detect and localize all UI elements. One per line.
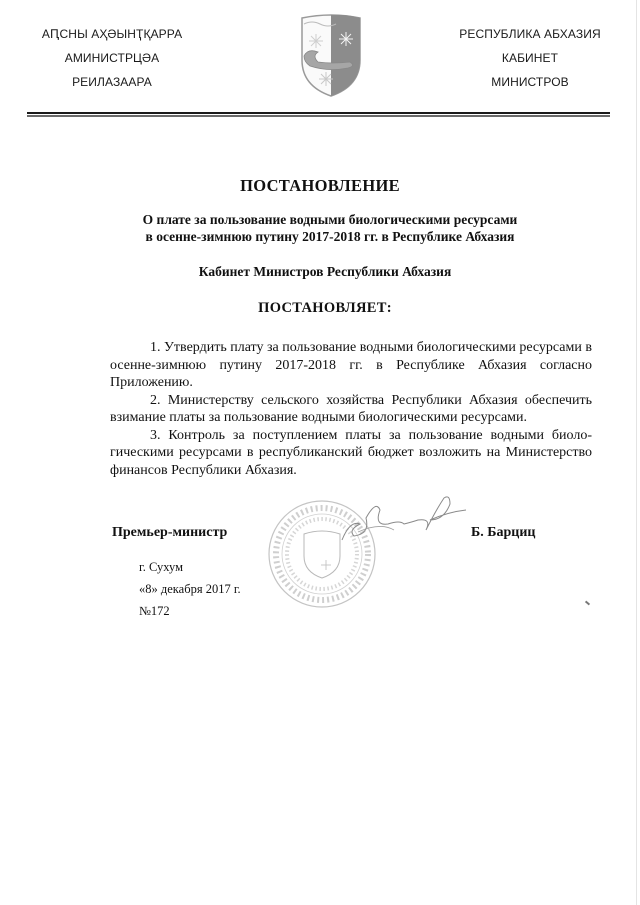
signatory-name: Б. Барциц bbox=[471, 525, 536, 541]
header-abkhaz-line-2: АМИНИСТРЦӘА bbox=[22, 46, 202, 70]
header-russian: РЕСПУБЛИКА АБХАЗИЯ КАБИНЕТ МИНИСТРОВ bbox=[440, 22, 620, 94]
signatory-title: Премьер-министр bbox=[112, 525, 227, 541]
header-abkhaz: АԤСНЫ АҲӘЫНҬҚАРРА АМИНИСТРЦӘА РЕИЛАЗААРА bbox=[22, 22, 202, 94]
place-of-issue: г. Сухум bbox=[139, 560, 183, 575]
header-russian-line-2: КАБИНЕТ bbox=[440, 46, 620, 70]
header-abkhaz-line-3: РЕИЛАЗААРА bbox=[22, 70, 202, 94]
document-subject: О плате за пользование водными биологиче… bbox=[60, 211, 600, 245]
header-russian-line-3: МИНИСТРОВ bbox=[440, 70, 620, 94]
resolution-item-2: 2. Министерству сельского хозяйства Респ… bbox=[110, 392, 592, 427]
issue-date: «8» декабря 2017 г. bbox=[139, 582, 241, 597]
header-abkhaz-line-1: АԤСНЫ АҲӘЫНҬҚАРРА bbox=[22, 22, 202, 46]
scan-artifact bbox=[585, 601, 590, 606]
header-divider-thin bbox=[27, 115, 610, 117]
handwritten-signature-icon bbox=[340, 490, 470, 550]
header-divider-thick bbox=[27, 112, 610, 114]
document-number: №172 bbox=[139, 604, 170, 619]
resolution-item-1: 1. Утвердить плату за пользование водным… bbox=[110, 339, 592, 392]
subject-line-1: О плате за пользование водными биологиче… bbox=[60, 211, 600, 228]
resolution-item-3: 3. Контроль за поступлением платы за пол… bbox=[110, 427, 592, 480]
resolution-body: 1. Утвердить плату за пользование водным… bbox=[110, 339, 592, 479]
header-russian-line-1: РЕСПУБЛИКА АБХАЗИЯ bbox=[440, 22, 620, 46]
page-edge bbox=[636, 0, 637, 905]
coat-of-arms-icon bbox=[292, 10, 370, 100]
subject-line-2: в осенне-зимнюю путину 2017-2018 гг. в Р… bbox=[60, 228, 600, 245]
issuer: Кабинет Министров Республики Абхазия bbox=[0, 264, 640, 280]
resolves-heading: ПОСТАНОВЛЯЕТ: bbox=[0, 300, 640, 317]
document-type-title: ПОСТАНОВЛЕНИЕ bbox=[0, 176, 640, 196]
